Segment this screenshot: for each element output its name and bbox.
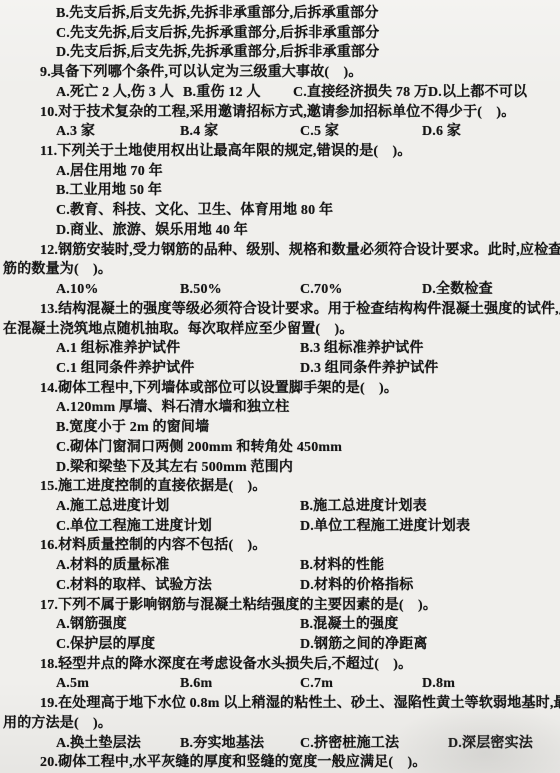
option-12-d: D.全数检查: [422, 280, 493, 300]
option-14-d: D.梁和梁垫下及其左右 500mm 范围内: [0, 458, 560, 478]
question-14-stem: 14.砌体工程中,下列墙体或部位可以设置脚手架的是( )。: [0, 379, 560, 399]
option-15-c: C.单位工程施工进度计划: [56, 517, 212, 537]
option-15-a: A.施工总进度计划: [56, 497, 169, 517]
options-row-15-cd: C.单位工程施工进度计划 D.单位工程施工进度计划表: [0, 517, 560, 537]
option-8-b: B.先支后拆,后支先拆,先拆非承重部分,后拆承重部分: [0, 4, 560, 24]
options-row-17-cd: C.保护层的厚度 D.钢筋之间的净距离: [0, 635, 560, 655]
option-12-c: C.70%: [300, 280, 343, 300]
option-15-d: D.单位工程施工进度计划表: [300, 517, 470, 537]
option-17-b: B.混凝土的强度: [300, 615, 398, 635]
option-11-a: A.居住用地 70 年: [0, 162, 560, 182]
question-19-stem: 19.在处理高于地下水位 0.8m 以上稍湿的粘性土、砂土、湿陷性黄土等软弱地基…: [0, 694, 560, 714]
question-10-stem: 10.对于技术复杂的工程,采用邀请招标方式,邀请参加招标单位不得少于( )。: [0, 103, 560, 123]
option-16-c: C.材料的取样、试验方法: [56, 576, 212, 596]
option-11-d: D.商业、旅游、娱乐用地 40 年: [0, 221, 560, 241]
options-row-16-cd: C.材料的取样、试验方法 D.材料的价格指标: [0, 576, 560, 596]
question-16-stem: 16.材料质量控制的内容不包括( )。: [0, 536, 560, 556]
option-18-d: D.8m: [422, 674, 455, 694]
option-14-c: C.砌体门窗洞口两侧 200mm 和转角处 450mm: [0, 438, 560, 458]
option-13-d: D.3 组同条件养护试件: [300, 359, 439, 379]
option-9-b: B.重伤 12 人: [183, 83, 261, 103]
options-row-13-cd: C.1 组同条件养护试件 D.3 组同条件养护试件: [0, 359, 560, 379]
option-18-a: A.5m: [56, 674, 89, 694]
option-16-d: D.材料的价格指标: [300, 576, 413, 596]
option-13-a: A.1 组标准养护试件: [56, 339, 180, 359]
option-12-a: A.10%: [56, 280, 99, 300]
option-19-b: B.夯实地基法: [180, 734, 264, 754]
options-row-18: A.5m B.6m C.7m D.8m: [0, 674, 560, 694]
question-18-stem: 18.轻型井点的降水深度在考虑设备水头损失后,不超过( )。: [0, 655, 560, 675]
option-9-a: A.死亡 2 人,伤 3 人: [56, 83, 174, 103]
options-row-12: A.10% B.50% C.70% D.全数检查: [0, 280, 560, 300]
question-15-stem: 15.施工进度控制的直接依据是( )。: [0, 477, 560, 497]
question-17-stem: 17.下列不属于影响钢筋与混凝土粘结强度的主要因素的是( )。: [0, 596, 560, 616]
option-13-c: C.1 组同条件养护试件: [56, 359, 195, 379]
option-10-a: A.3 家: [56, 122, 95, 142]
option-17-a: A.钢筋强度: [56, 615, 127, 635]
options-row-15-ab: A.施工总进度计划 B.施工总进度计划表: [0, 497, 560, 517]
question-12-stem: 12.钢筋安装时,受力钢筋的品种、级别、规格和数量必须符合设计要求。此时,应检查…: [0, 241, 560, 261]
option-18-b: B.6m: [180, 674, 212, 694]
option-17-c: C.保护层的厚度: [56, 635, 155, 655]
options-row-19: A.换土垫层法 B.夯实地基法 C.挤密桩施工法 D.深层密实法: [0, 734, 560, 754]
exam-page: B.先支后拆,后支先拆,先拆非承重部分,后拆承重部分 C.先支先拆,后支后拆,先…: [0, 0, 560, 773]
option-19-d: D.深层密实法: [448, 734, 533, 754]
question-13-stem-cont: 在混凝土浇筑地点随机抽取。每次取样应至少留置( )。: [0, 320, 560, 340]
question-12-stem-cont: 筋的数量为( )。: [0, 260, 560, 280]
option-11-b: B.工业用地 50 年: [0, 181, 560, 201]
options-row-9: A.死亡 2 人,伤 3 人 B.重伤 12 人 C.直接经济损失 78 万 D…: [0, 83, 560, 103]
option-19-c: C.挤密桩施工法: [300, 734, 399, 754]
option-9-d: D.以上都不可以: [428, 83, 527, 103]
option-8-d: D.先支后拆,后支先拆,先拆承重部分,后拆非承重部分: [0, 43, 560, 63]
option-14-a: A.120mm 厚墙、料石清水墙和独立柱: [0, 398, 560, 418]
question-13-stem: 13.结构混凝土的强度等级必须符合设计要求。用于检查结构构件混凝土强度的试件,应: [0, 300, 560, 320]
question-20-stem: 20.砌体工程中,水平灰缝的厚度和竖缝的宽度一般应满足( )。: [0, 753, 560, 773]
question-9-stem: 9.具备下列哪个条件,可以认定为三级重大事故( )。: [0, 63, 560, 83]
option-16-b: B.材料的性能: [300, 556, 384, 576]
option-9-c: C.直接经济损失 78 万: [293, 83, 428, 103]
question-11-stem: 11.下列关于土地使用权出让最高年限的规定,错误的是( )。: [0, 142, 560, 162]
question-19-stem-cont: 用的方法是( )。: [0, 714, 560, 734]
option-13-b: B.3 组标准养护试件: [300, 339, 424, 359]
option-10-b: B.4 家: [180, 122, 218, 142]
option-14-b: B.宽度小于 2m 的窗间墙: [0, 418, 560, 438]
option-15-b: B.施工总进度计划表: [300, 497, 427, 517]
options-row-10: A.3 家 B.4 家 C.5 家 D.6 家: [0, 122, 560, 142]
options-row-17-ab: A.钢筋强度 B.混凝土的强度: [0, 615, 560, 635]
options-row-16-ab: A.材料的质量标准 B.材料的性能: [0, 556, 560, 576]
option-8-c: C.先支先拆,后支后拆,先拆承重部分,后拆非承重部分: [0, 24, 560, 44]
option-17-d: D.钢筋之间的净距离: [300, 635, 428, 655]
option-19-a: A.换土垫层法: [56, 734, 141, 754]
options-row-13-ab: A.1 组标准养护试件 B.3 组标准养护试件: [0, 339, 560, 359]
option-10-d: D.6 家: [422, 122, 461, 142]
option-10-c: C.5 家: [300, 122, 339, 142]
option-18-c: C.7m: [300, 674, 333, 694]
option-11-c: C.教育、科技、文化、卫生、体育用地 80 年: [0, 201, 560, 221]
option-12-b: B.50%: [180, 280, 222, 300]
option-16-a: A.材料的质量标准: [56, 556, 169, 576]
